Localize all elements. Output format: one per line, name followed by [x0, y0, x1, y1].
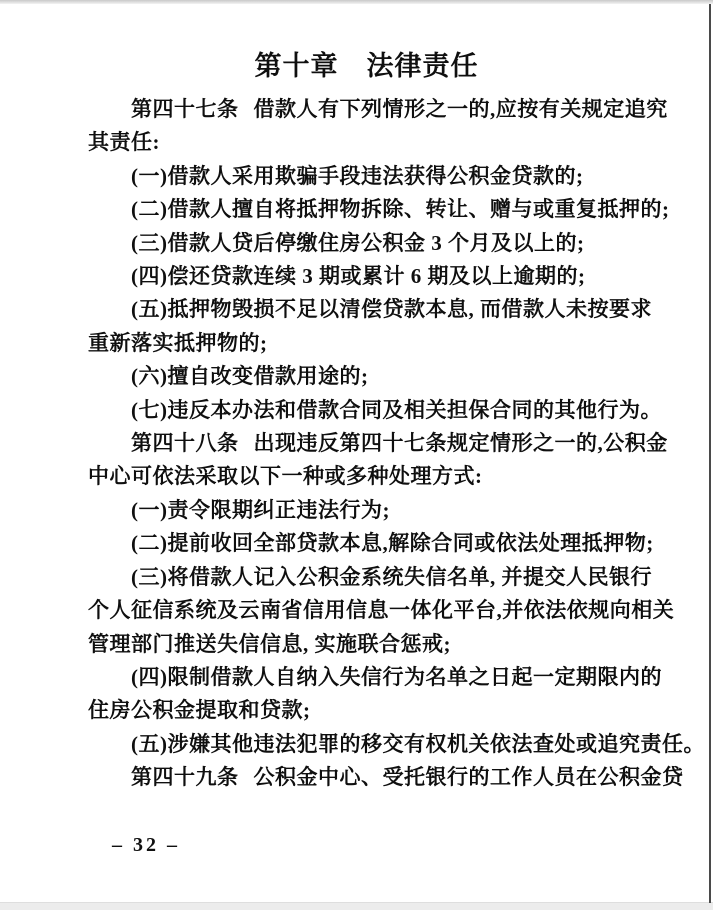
text-segment: 出现违反第四十七条规定情形之一的,公积金 [254, 431, 668, 455]
text-line: (一)责令限期纠正违法行为; [88, 494, 645, 527]
text-line: 第四十九条公积金中心、受托银行的工作人员在公积金贷 [88, 761, 645, 794]
text-segment: 借款人有下列情形之一的,应按有关规定追究 [254, 97, 668, 121]
text-line: (五)抵押物毁损不足以清偿贷款本息, 而借款人未按要求 [88, 293, 645, 326]
text-segment: (五)涉嫌其他违法犯罪的移交有权机关依法查处或追究责任。 [131, 732, 705, 756]
text-segment: (三)将借款人记入公积金系统失信名单, 并提交人民银行 [131, 565, 652, 589]
article-number: 第四十九条 [131, 766, 239, 789]
article-number: 第四十七条 [131, 98, 239, 121]
text-line: 个人征信系统及云南省信用信息一体化平台,并依法依规向相关 [88, 594, 645, 627]
text-segment: (二)借款人擅自将抵押物拆除、转让、赠与或重复抵押的; [131, 197, 669, 221]
document-page: 第十章 法律责任 第四十七条借款人有下列情形之一的,应按有关规定追究其责任:(一… [0, 0, 713, 903]
viewer-top-edge [0, 0, 713, 4]
text-line: (二)提前收回全部贷款本息,解除合同或依法处理抵押物; [88, 527, 645, 560]
text-segment: 管理部门推送失信信息, 实施联合惩戒; [88, 632, 451, 656]
text-line: (七)违反本办法和借款合同及相关担保合同的其他行为。 [88, 394, 645, 427]
chapter-title: 第十章 法律责任 [88, 49, 645, 83]
page-right-edge-line [709, 4, 711, 903]
text-line: (五)涉嫌其他违法犯罪的移交有权机关依法查处或追究责任。 [88, 728, 645, 761]
document-body: 第四十七条借款人有下列情形之一的,应按有关规定追究其责任:(一)借款人采用欺骗手… [88, 93, 645, 795]
text-line: (一)借款人采用欺骗手段违法获得公积金贷款的; [88, 160, 645, 193]
text-segment: 公积金中心、受托银行的工作人员在公积金贷 [254, 765, 684, 789]
text-segment: (五)抵押物毁损不足以清偿贷款本息, 而借款人未按要求 [131, 297, 652, 321]
text-line: 住房公积金提取和贷款; [88, 694, 645, 727]
article-number: 第四十八条 [131, 432, 239, 455]
text-line: (四)限制借款人自纳入失信行为名单之日起一定期限内的 [88, 661, 645, 694]
text-segment: (四)偿还贷款连续 3 期或累计 6 期及以上逾期的; [131, 264, 585, 288]
text-line: 管理部门推送失信信息, 实施联合惩戒; [88, 628, 645, 661]
text-segment: (一)责令限期纠正违法行为; [131, 498, 390, 522]
page-number: – 32 – [112, 834, 180, 857]
text-line: 其责任: [88, 126, 645, 159]
text-segment: 重新落实抵押物的; [88, 331, 268, 355]
text-segment: 其责任: [88, 130, 160, 154]
text-segment: (四)限制借款人自纳入失信行为名单之日起一定期限内的 [131, 665, 662, 689]
text-segment: 住房公积金提取和贷款; [88, 698, 311, 722]
text-line: (三)将借款人记入公积金系统失信名单, 并提交人民银行 [88, 561, 645, 594]
text-line: 重新落实抵押物的; [88, 327, 645, 360]
text-segment: 中心可依法采取以下一种或多种处理方式: [88, 464, 483, 488]
text-line: 第四十七条借款人有下列情形之一的,应按有关规定追究 [88, 93, 645, 126]
text-segment: (三)借款人贷后停缴住房公积金 3 个月及以上的; [131, 231, 584, 255]
text-segment: 个人征信系统及云南省信用信息一体化平台,并依法依规向相关 [88, 598, 674, 622]
text-segment: (一)借款人采用欺骗手段违法获得公积金贷款的; [131, 164, 583, 188]
text-line: 中心可依法采取以下一种或多种处理方式: [88, 460, 645, 493]
text-line: (六)擅自改变借款用途的; [88, 360, 645, 393]
text-line: (四)偿还贷款连续 3 期或累计 6 期及以上逾期的; [88, 260, 645, 293]
viewer-bottom-edge [0, 902, 713, 910]
text-line: (三)借款人贷后停缴住房公积金 3 个月及以上的; [88, 227, 645, 260]
text-segment: (二)提前收回全部贷款本息,解除合同或依法处理抵押物; [131, 531, 654, 555]
text-segment: (六)擅自改变借款用途的; [131, 364, 368, 388]
text-line: 第四十八条出现违反第四十七条规定情形之一的,公积金 [88, 427, 645, 460]
text-segment: (七)违反本办法和借款合同及相关担保合同的其他行为。 [131, 398, 662, 422]
text-line: (二)借款人擅自将抵押物拆除、转让、赠与或重复抵押的; [88, 193, 645, 226]
